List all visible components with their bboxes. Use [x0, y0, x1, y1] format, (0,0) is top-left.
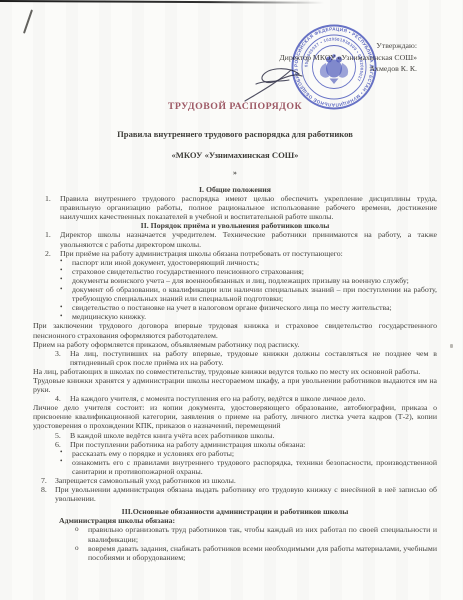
item-number: 4.: [55, 394, 61, 403]
bullet-text: ознакомить его с правилами внутреннего т…: [72, 458, 437, 476]
numbered-item-s2-7: 7. Запрещается самовольный уход работник…: [33, 476, 437, 485]
item-text: В каждой школе ведётся книга учёта всех …: [70, 431, 274, 440]
bullet-text: рассказать ему о порядке и условиях его …: [72, 449, 234, 458]
section-2-heading: II. Порядок приёма и увольнения работник…: [33, 221, 437, 230]
bullet-item: • документы воинского учета – для военно…: [33, 276, 437, 285]
numbered-item-s2-2: 2. При приёме на работу администрация шк…: [33, 249, 437, 258]
document-title: ТРУДОВОЙ РАСПОРЯДОК: [33, 0, 437, 112]
bullet-item: • ознакомить его с правилами внутреннего…: [33, 458, 437, 476]
numbered-item-s1-1: 1. Правила внутреннего трудового распоря…: [33, 194, 437, 221]
numbered-item-s2-4: 4. На каждого учителя, с момента поступл…: [33, 394, 437, 403]
section-3-subheading: Администрация школы обязана:: [59, 516, 437, 525]
item-number: 1.: [45, 230, 51, 239]
item-text: Запрещается самовольный уход работников …: [55, 476, 236, 485]
bullet-item: • рассказать ему о порядке и условиях ег…: [33, 449, 437, 458]
paragraph: При заключении трудового договора впервы…: [33, 321, 437, 339]
bullet-item: • страховое свидетельство государственно…: [33, 267, 437, 276]
item-number: 1.: [45, 194, 51, 203]
item-number: 7.: [41, 476, 47, 485]
bullet-item: • паспорт или иной документ, удостоверяю…: [33, 258, 437, 267]
bullet-text: правильно организовать труд работников т…: [88, 525, 437, 543]
item-number: 2.: [45, 249, 51, 258]
bullet-marker: •: [60, 303, 62, 312]
paragraph: Трудовые книжки хранятся у администрации…: [33, 376, 437, 394]
bullet-marker: •: [60, 457, 62, 466]
paragraph: На лиц, работающих в школах по совместит…: [33, 367, 437, 376]
item-number: 5.: [55, 431, 61, 440]
section-3-heading: III.Основные обязанности администрации и…: [33, 507, 437, 516]
numbered-item-s2-3: 3. На лиц, поступивших на работу впервые…: [33, 349, 437, 367]
numbered-item-s2-6: 6. При поступлении работника на работу а…: [33, 440, 437, 449]
item-number: 8.: [41, 485, 47, 494]
circle-bullet-marker: o: [75, 525, 79, 534]
item-text: Правила внутреннего трудового распорядка…: [60, 194, 437, 221]
bullet-item: • медицинскую книжку.: [33, 312, 437, 321]
bullet-text: документы воинского учета – для военнооб…: [72, 276, 409, 285]
bullet-text: паспорт или иной документ, удостоверяющи…: [72, 258, 259, 267]
numbered-item-s2-5: 5. В каждой школе ведётся книга учёта вс…: [33, 431, 437, 440]
bullet-marker: •: [60, 285, 62, 294]
paragraph: Личное дело учителя состоит: из копии до…: [33, 403, 437, 430]
paragraph: Прием на работу оформляется приказом, об…: [33, 340, 437, 349]
circle-bullet-item: o вовремя давать задания, снабжать работ…: [33, 544, 437, 562]
bullet-item: • свидетельство о постановке на учет в н…: [33, 303, 437, 312]
bullet-marker: •: [60, 266, 62, 275]
document-subtitle: Правила внутреннего трудового распорядка…: [33, 129, 437, 139]
document-content: ТРУДОВОЙ РАСПОРЯДОК Правила внутреннего …: [0, 0, 463, 600]
item-number: 3.: [55, 349, 61, 358]
item-text: На лиц, поступивших на работу впервые, т…: [70, 349, 437, 367]
numbered-item-s2-8: 8. При увольнении администрация обязана …: [33, 485, 437, 503]
circle-bullet-marker: o: [75, 544, 79, 553]
item-text: При приёме на работу администрация школы…: [60, 249, 343, 258]
bullet-marker: •: [60, 312, 62, 321]
bullet-text: страховое свидетельство государственного…: [72, 267, 304, 276]
bullet-marker: •: [60, 275, 62, 284]
numbered-item-s2-1: 1. Директор школы назначается учредителе…: [33, 230, 437, 248]
organization-name-tail: »: [33, 168, 437, 177]
organization-name: «МКОУ «Узнимахинская СОШ»: [33, 150, 437, 160]
item-text: При увольнении администрация обязана выд…: [55, 485, 437, 503]
item-text: На каждого учителя, с момента поступлени…: [70, 394, 366, 403]
bullet-marker: •: [60, 448, 62, 457]
bullet-text: свидетельство о постановке на учет в нал…: [72, 303, 392, 312]
bullet-marker: •: [60, 257, 62, 266]
circle-bullet-item: o правильно организовать труд работников…: [33, 525, 437, 543]
item-text: Директор школы назначается учредителем. …: [60, 230, 437, 248]
bullet-item: • документ об образовании, о квалификаци…: [33, 285, 437, 303]
document-page: Утверждаю: Директор МКОУ «Узнимахинская …: [0, 0, 463, 600]
section-1-heading: I. Общие положения: [33, 185, 437, 194]
bullet-text: документ об образовании, о квалификации …: [72, 285, 437, 303]
bullet-text: вовремя давать задания, снабжать работни…: [88, 544, 437, 562]
item-text: При поступлении работника на работу адми…: [70, 440, 305, 449]
bullet-text: медицинскую книжку.: [72, 312, 146, 321]
